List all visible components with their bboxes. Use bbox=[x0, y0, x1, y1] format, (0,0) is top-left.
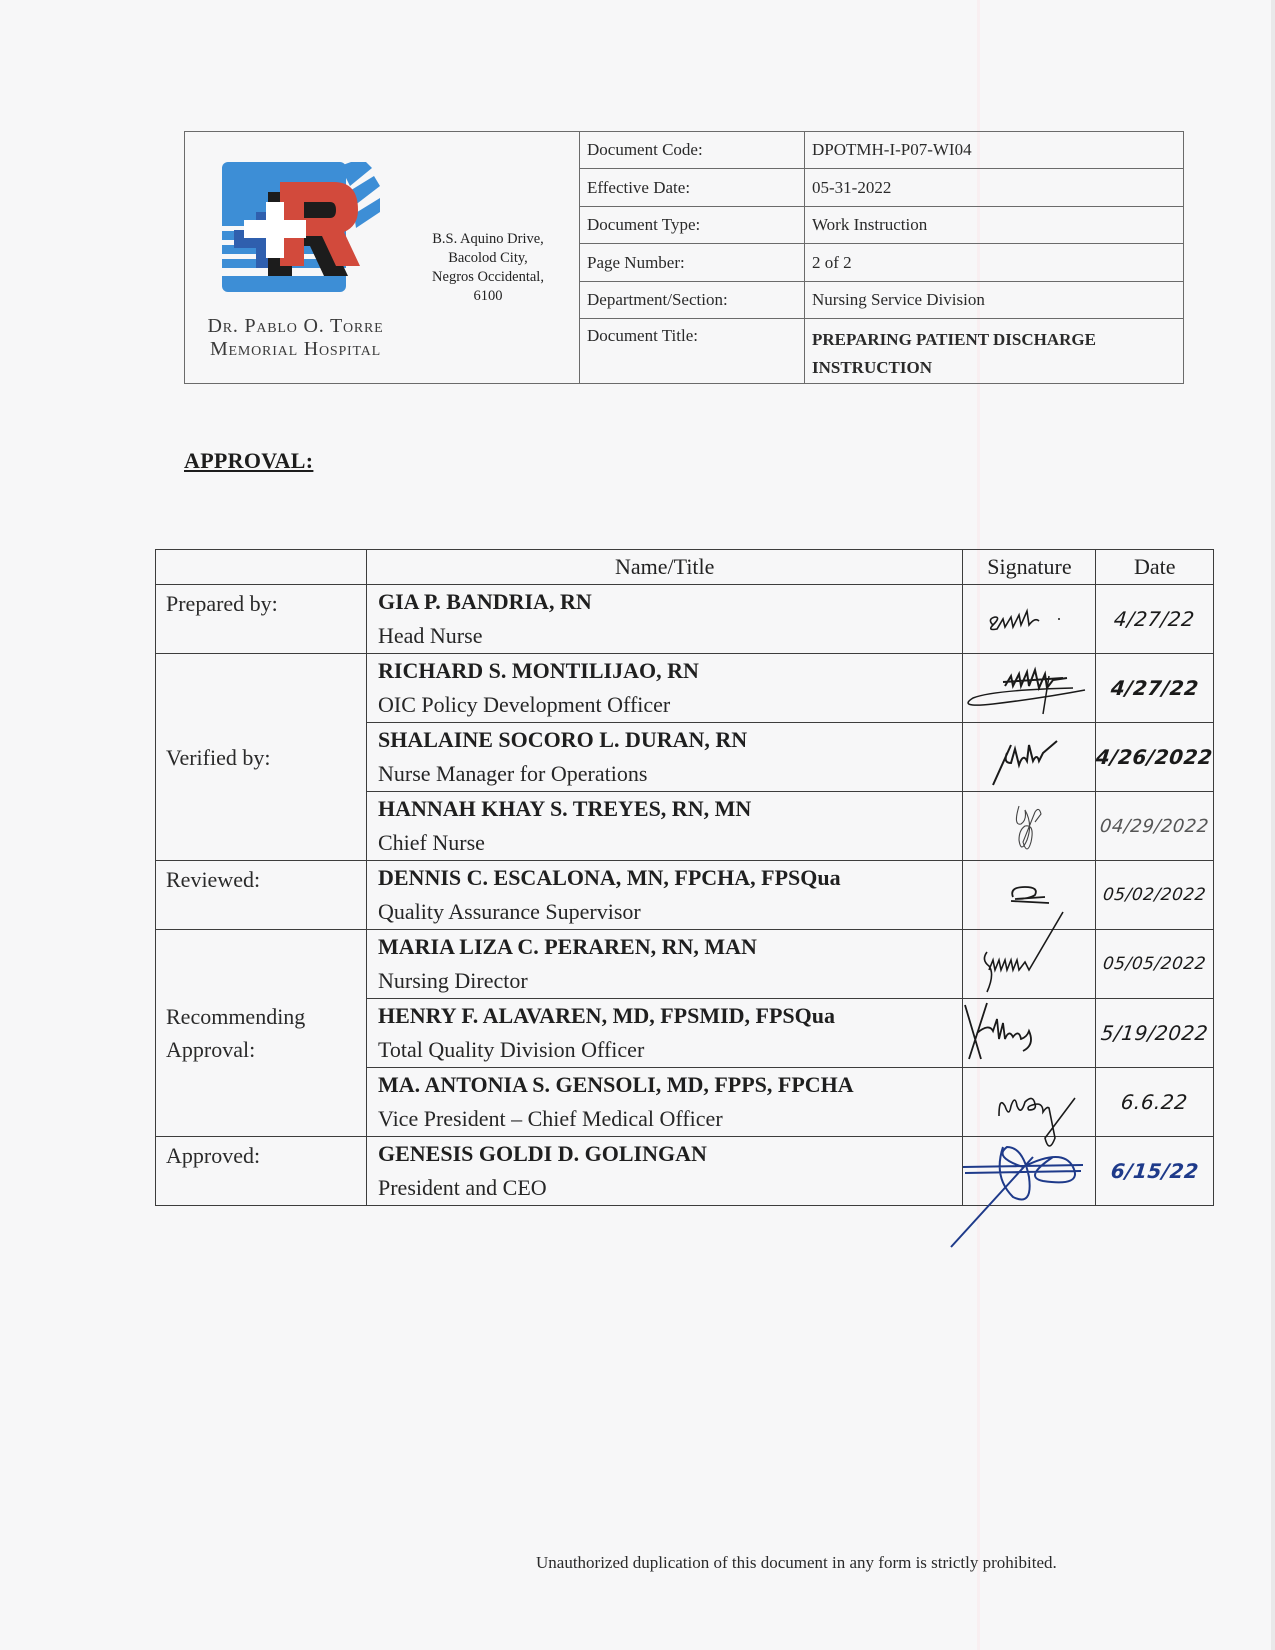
person-title: Head Nurse bbox=[378, 619, 951, 653]
role-label: Prepared by: bbox=[156, 585, 367, 654]
date-cell: 6/15/22 bbox=[1096, 1137, 1214, 1206]
person-title: Nurse Manager for Operations bbox=[378, 757, 951, 791]
signature-cell bbox=[963, 1137, 1096, 1206]
date-cell: 4/27/22 bbox=[1096, 585, 1214, 654]
document-type: Work Instruction bbox=[805, 206, 1184, 243]
approval-table: Name/Title Signature Date Prepared by: G… bbox=[155, 549, 1214, 1206]
signed-date: 6/15/22 bbox=[1110, 1159, 1200, 1183]
person-name: MA. ANTONIA S. GENSOLI, MD, FPPS, FPCHA bbox=[378, 1068, 951, 1102]
person-cell: HENRY F. ALAVAREN, MD, FPSMID, FPSQua To… bbox=[367, 999, 963, 1068]
table-row: Reviewed: DENNIS C. ESCALONA, MN, FPCHA,… bbox=[156, 861, 1214, 930]
signed-date: 04/29/2022 bbox=[1099, 816, 1210, 837]
signature-cell bbox=[963, 999, 1096, 1068]
meta-row-effective-date: Effective Date: 05-31-2022 bbox=[580, 169, 1183, 206]
person-cell: MARIA LIZA C. PERAREN, RN, MAN Nursing D… bbox=[367, 930, 963, 999]
person-name: HENRY F. ALAVAREN, MD, FPSMID, FPSQua bbox=[378, 999, 951, 1033]
department: Nursing Service Division bbox=[805, 281, 1184, 318]
hospital-name: Dr. Pablo O. Torre Memorial Hospital bbox=[193, 315, 398, 361]
person-cell: GIA P. BANDRIA, RN Head Nurse bbox=[367, 585, 963, 654]
col-header-date: Date bbox=[1096, 550, 1214, 585]
signature-cell bbox=[963, 861, 1096, 930]
col-header-signature: Signature bbox=[963, 550, 1096, 585]
person-cell: HANNAH KHAY S. TREYES, RN, MN Chief Nurs… bbox=[367, 792, 963, 861]
date-cell: 5/19/2022 bbox=[1096, 999, 1214, 1068]
meta-label: Effective Date: bbox=[580, 169, 805, 206]
hospital-address: B.S. Aquino Drive, Bacolod City, Negros … bbox=[413, 230, 563, 306]
signature-icon bbox=[963, 1137, 1095, 1205]
effective-date: 05-31-2022 bbox=[805, 169, 1184, 206]
role-label: Verified by: bbox=[156, 654, 367, 861]
person-name: MARIA LIZA C. PERAREN, RN, MAN bbox=[378, 930, 951, 964]
signature-cell bbox=[963, 654, 1096, 723]
signed-date: 05/05/2022 bbox=[1102, 954, 1207, 974]
meta-label: Document Code: bbox=[580, 132, 805, 169]
footer-disclaimer: Unauthorized duplication of this documen… bbox=[536, 1553, 1057, 1573]
date-cell: 6.6.22 bbox=[1096, 1068, 1214, 1137]
date-cell: 05/05/2022 bbox=[1096, 930, 1214, 999]
signed-date: 4/27/22 bbox=[1113, 607, 1196, 631]
signature-cell bbox=[963, 723, 1096, 792]
person-cell: SHALAINE SOCORO L. DURAN, RN Nurse Manag… bbox=[367, 723, 963, 792]
meta-row-page: Page Number: 2 of 2 bbox=[580, 244, 1183, 281]
role-label: Recommending Approval: bbox=[156, 930, 367, 1137]
signature-icon bbox=[963, 723, 1095, 791]
address-line: B.S. Aquino Drive, bbox=[413, 230, 563, 249]
table-row: Prepared by: GIA P. BANDRIA, RN Head Nur… bbox=[156, 585, 1214, 654]
address-line: Negros Occidental, bbox=[413, 268, 563, 287]
meta-row-title: Document Title: PREPARING PATIENT DISCHA… bbox=[580, 319, 1183, 383]
signed-date: 4/27/22 bbox=[1110, 676, 1200, 700]
date-cell: 04/29/2022 bbox=[1096, 792, 1214, 861]
signature-icon bbox=[963, 792, 1095, 860]
table-row: Approved: GENESIS GOLDI D. GOLINGAN Pres… bbox=[156, 1137, 1214, 1206]
person-name: SHALAINE SOCORO L. DURAN, RN bbox=[378, 723, 951, 757]
date-cell: 4/27/22 bbox=[1096, 654, 1214, 723]
signature-icon bbox=[963, 1068, 1095, 1136]
meta-label: Department/Section: bbox=[580, 281, 805, 318]
person-title: Quality Assurance Supervisor bbox=[378, 895, 951, 929]
document-code: DPOTMH-I-P07-WI04 bbox=[805, 132, 1184, 169]
person-cell: MA. ANTONIA S. GENSOLI, MD, FPPS, FPCHA … bbox=[367, 1068, 963, 1137]
person-title: Chief Nurse bbox=[378, 826, 951, 860]
signature-cell bbox=[963, 792, 1096, 861]
meta-row-type: Document Type: Work Instruction bbox=[580, 206, 1183, 243]
page-edge bbox=[1271, 0, 1275, 1650]
person-title: OIC Policy Development Officer bbox=[378, 688, 951, 722]
signature-icon bbox=[963, 999, 1095, 1067]
signature-icon bbox=[963, 585, 1095, 653]
signed-date: 5/19/2022 bbox=[1100, 1021, 1210, 1045]
address-line: 6100 bbox=[413, 287, 563, 306]
table-header-row: Name/Title Signature Date bbox=[156, 550, 1214, 585]
signature-icon bbox=[963, 930, 1095, 998]
page-number: 2 of 2 bbox=[805, 244, 1184, 281]
person-cell: RICHARD S. MONTILIJAO, RN OIC Policy Dev… bbox=[367, 654, 963, 723]
meta-row-department: Department/Section: Nursing Service Divi… bbox=[580, 281, 1183, 318]
signature-cell bbox=[963, 585, 1096, 654]
meta-row-code: Document Code: DPOTMH-I-P07-WI04 bbox=[580, 132, 1183, 169]
person-cell: DENNIS C. ESCALONA, MN, FPCHA, FPSQua Qu… bbox=[367, 861, 963, 930]
signed-date: 05/02/2022 bbox=[1102, 885, 1207, 905]
hospital-logo-icon bbox=[222, 162, 380, 292]
role-label: Reviewed: bbox=[156, 861, 367, 930]
col-header-name-title: Name/Title bbox=[367, 550, 963, 585]
person-title: President and CEO bbox=[378, 1171, 951, 1205]
role-label: Approved: bbox=[156, 1137, 367, 1206]
address-line: Bacolod City, bbox=[413, 249, 563, 268]
person-name: GENESIS GOLDI D. GOLINGAN bbox=[378, 1137, 951, 1171]
signature-icon bbox=[963, 654, 1095, 722]
meta-label: Page Number: bbox=[580, 244, 805, 281]
signature-cell bbox=[963, 1068, 1096, 1137]
signed-date: 6.6.22 bbox=[1120, 1090, 1189, 1114]
signed-date: 4/26/2022 bbox=[1095, 745, 1214, 769]
hospital-name-line1: Dr. Pablo O. Torre bbox=[193, 315, 398, 338]
table-row: Verified by: RICHARD S. MONTILIJAO, RN O… bbox=[156, 654, 1214, 723]
document-meta-table: Document Code: DPOTMH-I-P07-WI04 Effecti… bbox=[580, 132, 1183, 383]
person-title: Total Quality Division Officer bbox=[378, 1033, 951, 1067]
hospital-name-line2: Memorial Hospital bbox=[193, 338, 398, 361]
person-title: Vice President – Chief Medical Officer bbox=[378, 1102, 951, 1136]
col-header-role bbox=[156, 550, 367, 585]
person-name: HANNAH KHAY S. TREYES, RN, MN bbox=[378, 792, 951, 826]
person-title: Nursing Director bbox=[378, 964, 951, 998]
signature-icon bbox=[963, 861, 1095, 929]
date-cell: 4/26/2022 bbox=[1096, 723, 1214, 792]
signature-cell bbox=[963, 930, 1096, 999]
document-header: Dr. Pablo O. Torre Memorial Hospital B.S… bbox=[184, 131, 1184, 384]
person-name: RICHARD S. MONTILIJAO, RN bbox=[378, 654, 951, 688]
date-cell: 05/02/2022 bbox=[1096, 861, 1214, 930]
meta-label: Document Title: bbox=[580, 319, 805, 383]
person-name: GIA P. BANDRIA, RN bbox=[378, 585, 951, 619]
document-title: PREPARING PATIENT DISCHARGE INSTRUCTION bbox=[805, 319, 1184, 383]
person-cell: GENESIS GOLDI D. GOLINGAN President and … bbox=[367, 1137, 963, 1206]
hospital-branding: Dr. Pablo O. Torre Memorial Hospital B.S… bbox=[185, 132, 580, 383]
approval-heading: APPROVAL: bbox=[184, 448, 313, 474]
person-name: DENNIS C. ESCALONA, MN, FPCHA, FPSQua bbox=[378, 861, 951, 895]
table-row: Recommending Approval: MARIA LIZA C. PER… bbox=[156, 930, 1214, 999]
meta-label: Document Type: bbox=[580, 206, 805, 243]
